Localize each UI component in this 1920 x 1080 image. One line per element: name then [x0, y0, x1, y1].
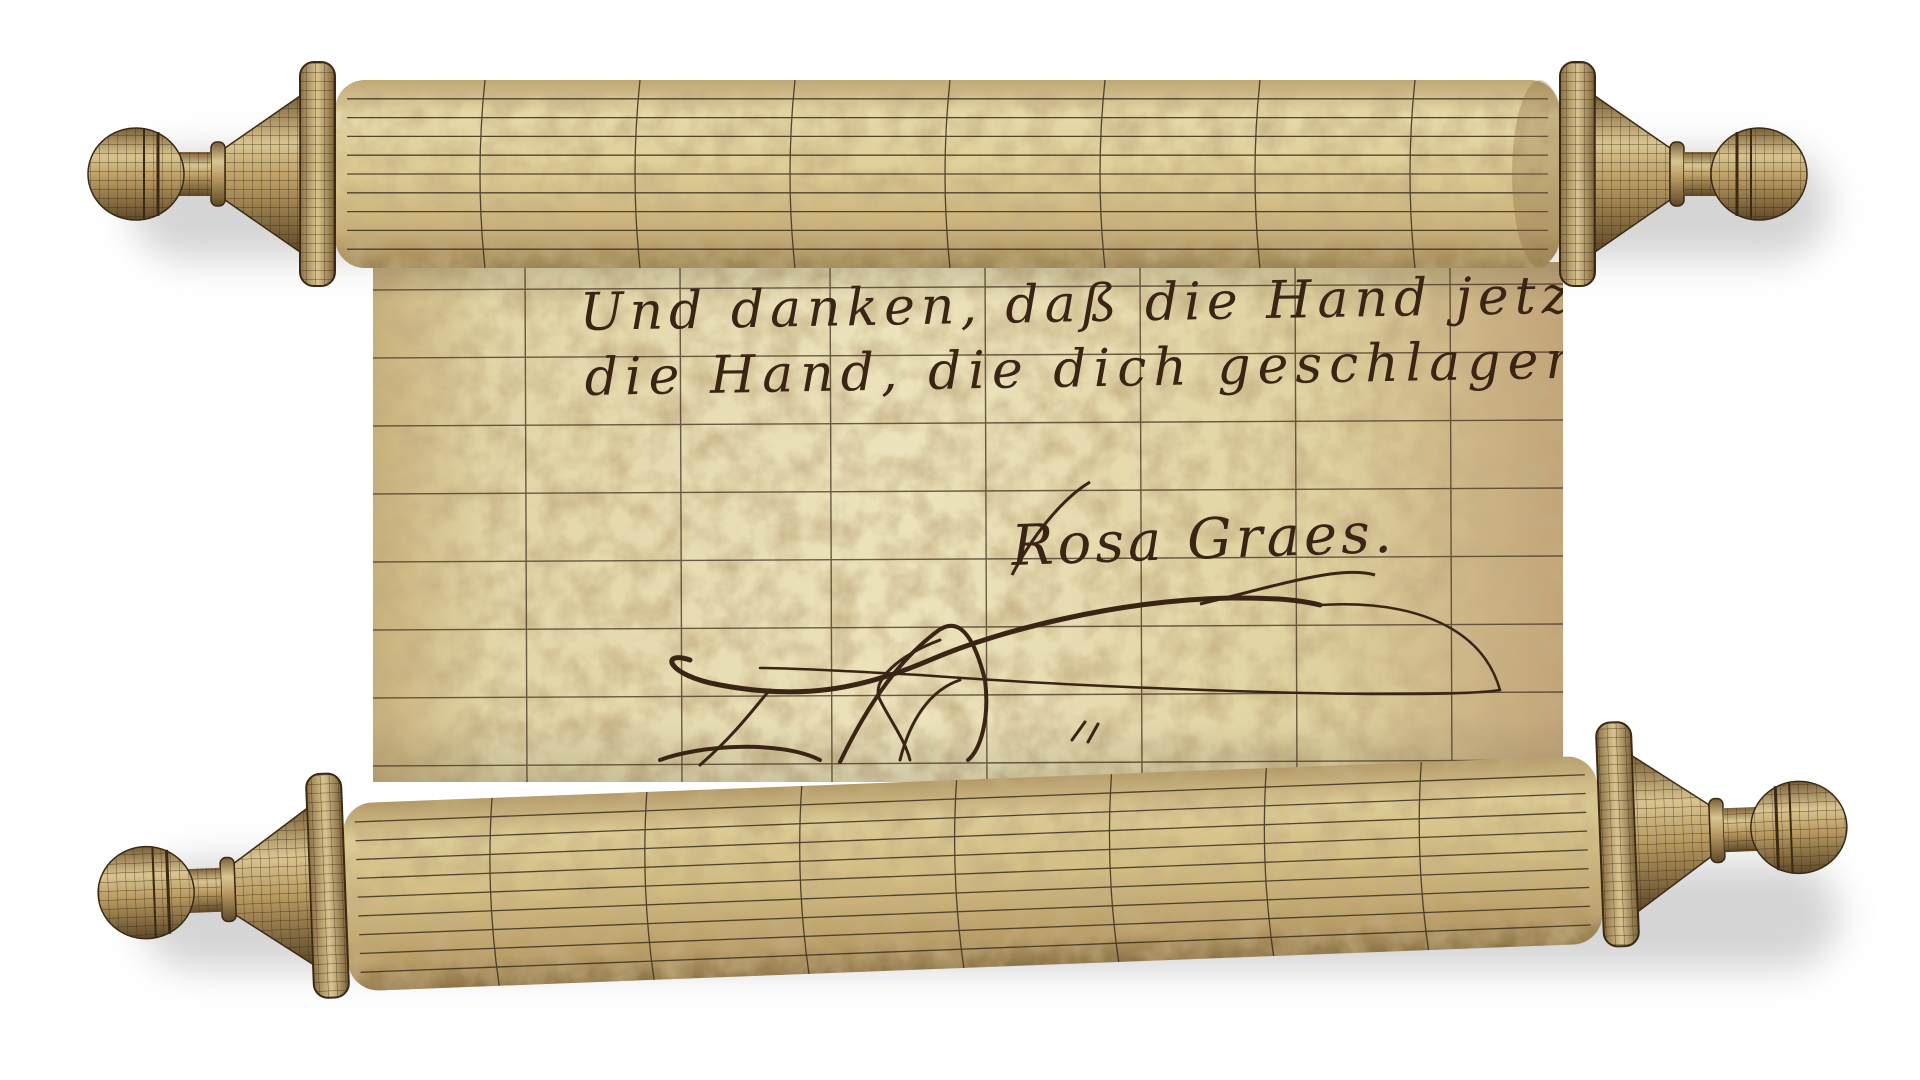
brass-finial-bottom-left: [94, 773, 349, 1006]
parchment-sheet: Und danken, daß die Hand jetzt die Hand,…: [373, 262, 1614, 782]
signature-name: Rosa Graes.: [1009, 501, 1396, 579]
top-roller: [335, 80, 1568, 268]
scroll-scene: Und danken, daß die Hand jetzt die Hand,…: [0, 0, 1920, 1080]
